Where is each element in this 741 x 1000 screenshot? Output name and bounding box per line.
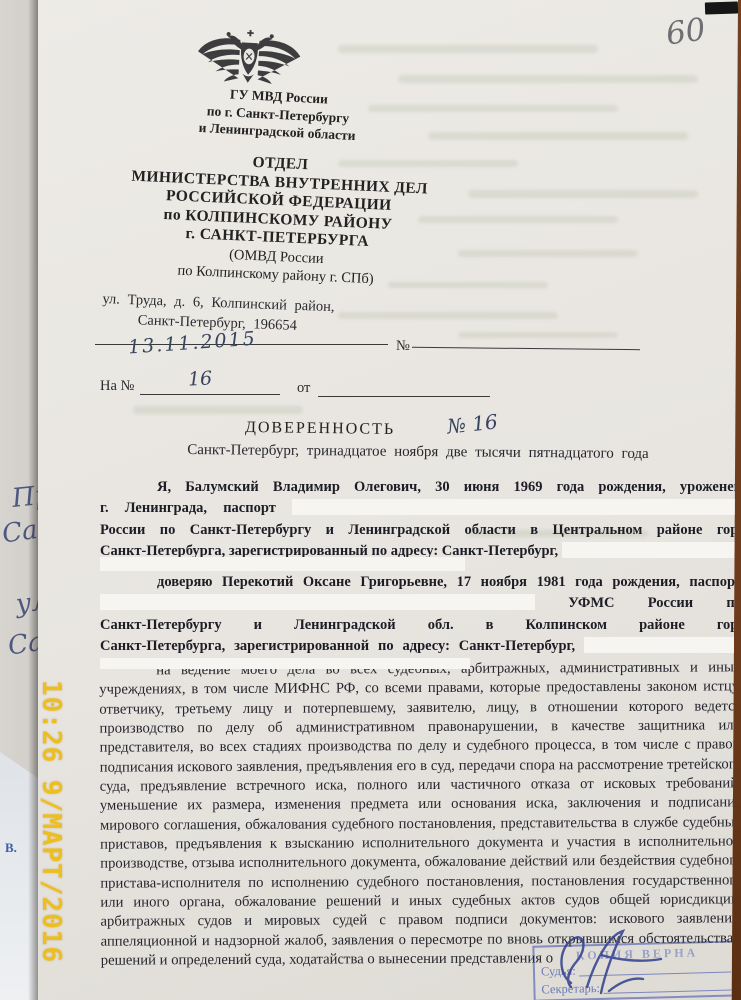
bleedthrough-stripe [398,75,698,83]
grantor-text: Я, Балумский Владимир Олегович, 30 июня … [157,479,738,495]
incoming-number-underline [140,394,280,395]
attorney-text: Санкт-Петербурга, зарегистрированной по … [100,638,575,654]
grantor-text: России по Санкт-Петербургу и Ленинградск… [100,522,738,538]
from-label: от [297,380,310,397]
redaction-box [100,557,465,571]
mvd-double-eagle-emblem [187,27,312,89]
on-number-label: На № [100,378,134,395]
document-title: ДОВЕРЕННОСТЬ [245,419,395,439]
attorney-text: Санкт-Петербургу и Ленинградской обл. в … [100,617,738,633]
attorney-text: УФМС России по [568,595,738,611]
grantor-text: г. Ленинграда, паспорт [100,500,276,516]
corner-mark [705,1,738,14]
redaction-box [562,542,738,558]
grantor-paragraph: Я, Балумский Владимир Олегович, 30 июня … [100,477,738,562]
document-page: ГУ МВД России по г. Санкт-Петербургу и Л… [38,0,738,1000]
bleedthrough-stripe [133,406,303,414]
attorney-paragraph: доверяю Перекотий Оксане Григорьевне, 17… [100,572,738,657]
redaction-box [100,658,470,669]
bleedthrough-stripe [338,45,598,53]
camera-timestamp: 10:26 9/МАРТ/2016 [30,680,66,998]
handwritten-title-number: № 16 [446,409,499,438]
number-underline [412,347,640,350]
handwritten-page-number: 60 [664,11,708,52]
document-photo: Пр Санк ул Сан В. [0,0,741,1000]
judge-signature [543,925,683,1000]
number-sign-label: № [396,338,410,355]
redaction-box [100,594,535,610]
handwritten-incoming-number: 16 [187,367,212,390]
letterhead-division: ОТДЕЛ МИНИСТЕРСТВА ВНУТРЕННИХ ДЕЛ РОССИЙ… [65,146,490,294]
letterhead-org: ГУ МВД России по г. Санкт-Петербургу и Л… [97,79,459,150]
attorney-text: доверяю Перекотий Оксане Григорьевне, 17… [157,574,738,590]
bleedthrough-stripe [428,132,688,140]
margin-note-fragment: В. [5,840,17,856]
redaction-box [584,637,738,653]
handwritten-date: 13.11.2015 [127,328,257,359]
place-and-date-line: Санкт-Петербург, тринадцатое ноября две … [108,441,728,463]
letterhead-address: ул. Труда, д. 6, Колпинский район, Санкт… [101,289,442,341]
redaction-box [292,499,738,515]
from-underline [318,396,490,397]
bleedthrough-stripe [468,190,698,198]
bleedthrough-stripe [458,332,618,338]
